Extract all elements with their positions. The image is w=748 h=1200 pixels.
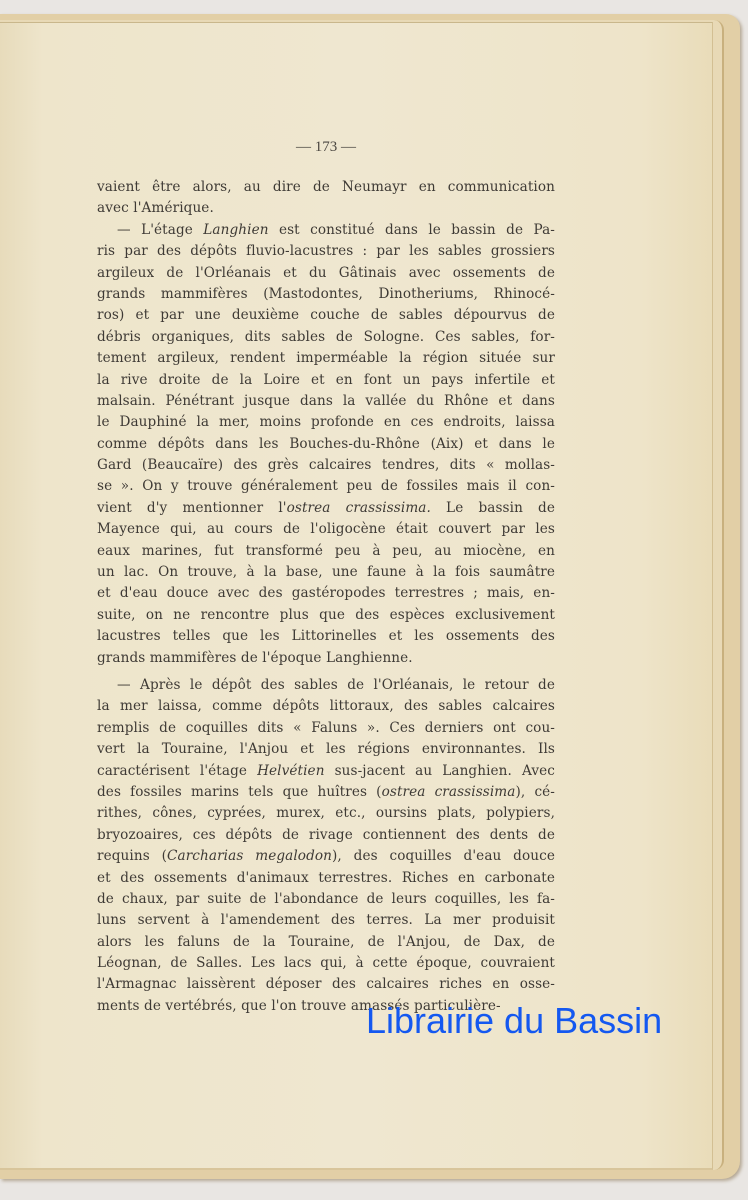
body-text: vaient être alors, au dire de Neumayr en…	[97, 177, 555, 1017]
text-line: tement argileux, rendent imperméable la …	[97, 348, 555, 369]
text-line: — Après le dépôt des sables de l'Orléana…	[97, 675, 555, 696]
italic-term: ostrea crassissima	[382, 784, 516, 800]
italic-term: Helvétien	[257, 763, 324, 779]
text-line: luns servent à l'amendement des terres. …	[97, 910, 555, 931]
text-line: vient d'y mentionner l'ostrea crassissim…	[97, 498, 555, 519]
text-line: alors les faluns de la Touraine, de l'An…	[97, 932, 555, 953]
text-line: bryozoaires, ces dépôts de rivage contie…	[97, 825, 555, 846]
italic-term: Carcharias megalodon	[167, 848, 332, 864]
text-line: eaux marines, fut transformé peu à peu, …	[97, 541, 555, 562]
text-line: ris par des dépôts fluvio-lacustres : pa…	[97, 241, 555, 262]
text-line: vaient être alors, au dire de Neumayr en…	[97, 177, 555, 198]
text-line: malsain. Pénétrant jusque dans la vallée…	[97, 391, 555, 412]
paragraph: — Après le dépôt des sables de l'Orléana…	[97, 675, 555, 1017]
text-line: des fossiles marins tels que huîtres (os…	[97, 782, 555, 803]
text-line: argileux de l'Orléanais et du Gâtinais a…	[97, 263, 555, 284]
text-line: avec l'Amérique.	[97, 198, 555, 219]
text-line: et des ossements d'animaux terrestres. R…	[97, 868, 555, 889]
page-number: — 173 —	[0, 139, 652, 156]
paragraph: vaient être alors, au dire de Neumayr en…	[97, 177, 555, 220]
text-line: de chaux, par suite de l'abondance de le…	[97, 889, 555, 910]
text-line: ros) et par une deuxième couche de sable…	[97, 305, 555, 326]
text-line: la mer laissa, comme dépôts littoraux, d…	[97, 696, 555, 717]
text-line: l'Armagnac laissèrent déposer des calcai…	[97, 974, 555, 995]
text-line: la rive droite de la Loire et en font un…	[97, 370, 555, 391]
text-line: remplis de coquilles dits « Faluns ». Ce…	[97, 718, 555, 739]
text-line: se ». On y trouve généralement peu de fo…	[97, 476, 555, 497]
text-line: Mayence qui, au cours de l'oligocène éta…	[97, 519, 555, 540]
text-line: Gard (Beaucaïre) des grès calcaires tend…	[97, 455, 555, 476]
text-line: suite, on ne rencontre plus que des espè…	[97, 605, 555, 626]
text-line: — L'étage Langhien est constitué dans le…	[97, 220, 555, 241]
text-line: grands mammifères (Mastodontes, Dinother…	[97, 284, 555, 305]
text-line: grands mammifères de l'époque Langhienne…	[97, 648, 555, 669]
text-line: Léognan, de Salles. Les lacs qui, à cett…	[97, 953, 555, 974]
text-line: le Dauphiné la mer, moins profonde en ce…	[97, 412, 555, 433]
watermark-text: Librairie du Bassin	[366, 1000, 662, 1042]
text-line: vert la Touraine, l'Anjou et les régions…	[97, 739, 555, 760]
text-line: rithes, cônes, cyprées, murex, etc., our…	[97, 803, 555, 824]
italic-term: Langhien	[203, 222, 268, 238]
text-line: comme dépôts dans les Bouches-du-Rhône (…	[97, 434, 555, 455]
text-line: requins (Carcharias megalodon), des coqu…	[97, 846, 555, 867]
paragraph: — L'étage Langhien est constitué dans le…	[97, 220, 555, 669]
text-line: un lac. On trouve, à la base, une faune …	[97, 562, 555, 583]
text-line: lacustres telles que les Littorinelles e…	[97, 626, 555, 647]
text-line: débris organiques, dits sables de Sologn…	[97, 327, 555, 348]
italic-term: ostrea crassissima.	[287, 500, 431, 516]
text-line: et d'eau douce avec des gastéropodes ter…	[97, 583, 555, 604]
text-line: caractérisent l'étage Helvétien sus-jace…	[97, 761, 555, 782]
book-page: — 173 — vaient être alors, au dire de Ne…	[0, 22, 713, 1170]
